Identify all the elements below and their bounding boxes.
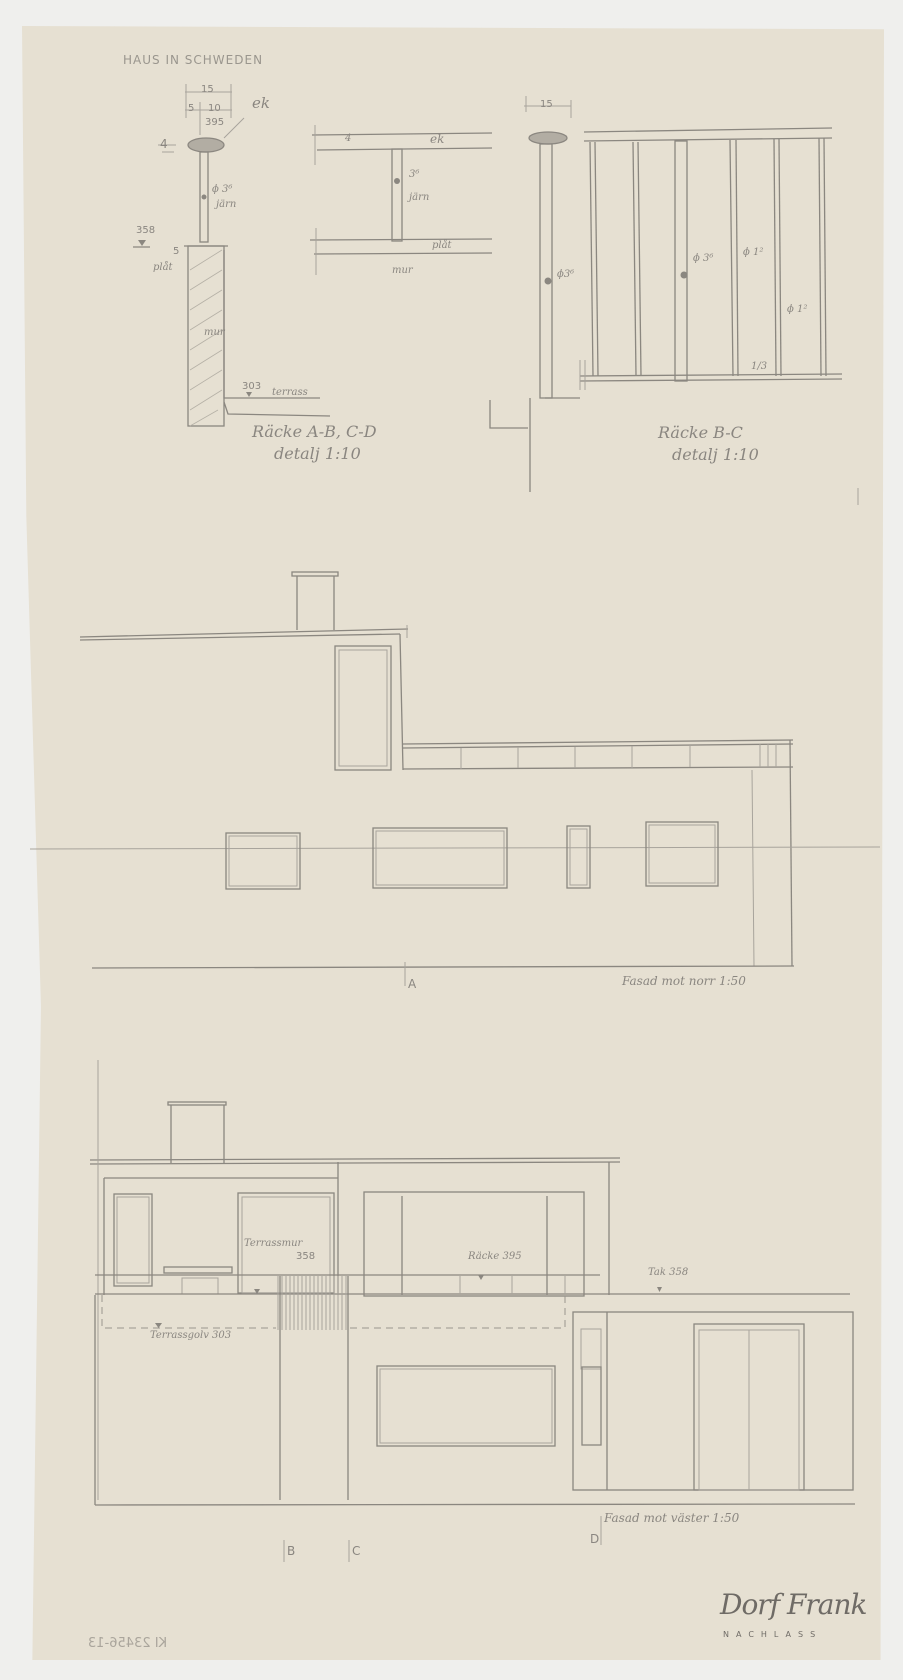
label-terrace-wall: Terrassmur (244, 1239, 302, 1249)
section-mark-a: A (408, 978, 416, 990)
caption-elevation-west: Fasad mot väster 1:50 (604, 1512, 739, 1524)
level-303: 303 (242, 382, 261, 392)
label-railing-level: Räcke 395 (468, 1252, 522, 1262)
section-post: 3⁶ (409, 170, 419, 180)
section-mark-b: B (287, 1545, 295, 1557)
section-sheet-metal: plåt (432, 241, 452, 251)
elevation-north (30, 572, 880, 986)
bc-bar-b: ϕ 1² (787, 305, 807, 315)
bc-post-mid: ϕ 3⁶ (693, 254, 713, 264)
caption-railing-bc: Räcke B-C (658, 425, 743, 441)
section-dim: 4 (345, 134, 351, 144)
label-terrace: terrass (272, 388, 308, 398)
section-mark-c: C (352, 1545, 360, 1557)
detail-railing-bc (490, 96, 858, 505)
caption-railing-ab-cd: Räcke A-B, C-D (252, 424, 377, 440)
bc-bar-a: ϕ 1² (743, 248, 763, 258)
detail-railing-ab-cd (133, 84, 330, 426)
label-terrace-floor: Terrassgolv 303 (150, 1331, 231, 1341)
architectural-drawing (0, 0, 903, 1680)
bc-post-left: ϕ3⁶ (557, 270, 574, 280)
caption-elevation-north: Fasad mot norr 1:50 (622, 975, 746, 987)
label-wood: ek (252, 96, 270, 111)
bc-gap: 1/3 (751, 362, 767, 372)
level-mark: 4 (160, 138, 168, 150)
dim-height: 395 (205, 118, 224, 128)
scale-railing-ab-cd: detalj 1:10 (274, 446, 361, 462)
bc-dim-width: 15 (540, 100, 553, 110)
inventory-stamp: KI 23456-13 (88, 1636, 167, 1651)
signature: Dorf Frank (720, 1588, 866, 1621)
dim-left: 5 (188, 104, 194, 114)
level-358: 358 (136, 226, 155, 236)
scale-railing-bc: detalj 1:10 (672, 447, 759, 463)
label-post: ϕ 3⁶ (212, 185, 232, 195)
dim-right: 10 (208, 104, 221, 114)
label-wall: mur (204, 328, 225, 338)
label-iron: järn (216, 200, 236, 210)
section-mark-d: D (590, 1533, 599, 1545)
detail-railing-section (310, 125, 492, 275)
label-terrace-wall-level: 358 (296, 1252, 315, 1262)
sheet-title: HAUS IN SCHWEDEN (123, 54, 263, 66)
estate-stamp: NACHLASS (723, 1630, 822, 1639)
dim-five: 5 (173, 247, 179, 257)
dim-total: 15 (201, 85, 214, 95)
label-sheet-metal: plåt (153, 263, 173, 273)
section-wall: mur (392, 266, 413, 276)
section-iron: järn (409, 193, 429, 203)
section-wood: ek (430, 133, 444, 145)
elevation-west (90, 1060, 855, 1562)
label-roof-level: Tak 358 (648, 1268, 688, 1278)
